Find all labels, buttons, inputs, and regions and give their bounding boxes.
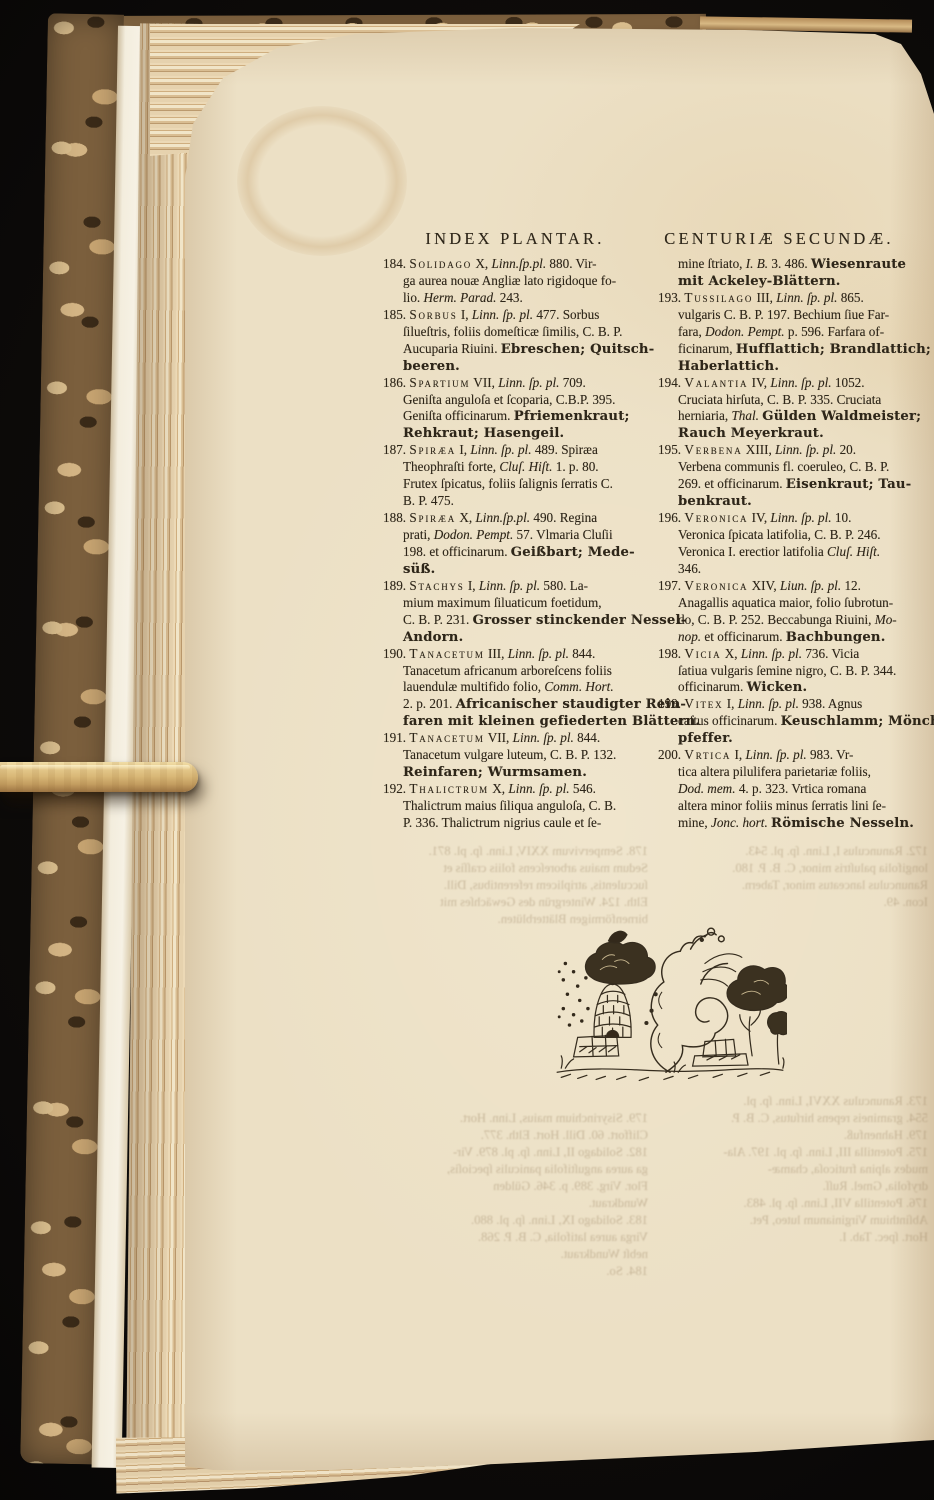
index-entry-line: mium maximum ſiluaticum foetidum,	[403, 595, 659, 612]
index-entry-line: mine, Jonc. hort. Römische Nesseln.	[678, 815, 924, 832]
open-page: 178. Sempervivum XXIV, Linn. ſp. pl. 871…	[185, 28, 934, 1470]
index-entry-line: 346.	[678, 561, 924, 578]
index-entry-line: 187. Spiræa I, Linn. ſp. pl. 489. Spiræa	[383, 442, 659, 459]
index-entry-line: ga aurea nouæ Angliæ lato rigidoque fo-	[403, 273, 659, 290]
index-entry-line: ſilueſtris, foliis domeſticæ ſimilis, C.…	[403, 324, 659, 341]
index-entry-line: Frutex ſpicatus, foliis ſalignis ſerrati…	[403, 476, 659, 493]
ghost-text-block: 178. Sempervivum XXIV, Linn. ſp. pl. 871…	[380, 843, 648, 928]
index-entry: 187. Spiræa I, Linn. ſp. pl. 489. Spiræa…	[383, 442, 659, 510]
index-entry-line: 198. Vicia X, Linn. ſp. pl. 736. Vicia	[658, 646, 924, 663]
index-entry: 197. Veronica XIV, Liun. ſp. pl. 12.Anag…	[658, 578, 924, 646]
index-entry: 189. Stachys I, Linn. ſp. pl. 580. La-mi…	[383, 578, 659, 646]
index-entry-line: Verbena communis fl. coeruleo, C. B. P.	[678, 459, 924, 476]
foxing-stain-ring	[237, 106, 407, 256]
index-entry-line: altera minor foliis minus ſerratis lini …	[678, 798, 924, 815]
index-entry: 194. Valantia IV, Linn. ſp. pl. 1052.Cru…	[658, 375, 924, 443]
index-entry-line: lauendulæ multifido folio, Comm. Hort.	[403, 679, 659, 696]
index-entry-line: 190. Tanacetum III, Linn. ſp. pl. 844.	[383, 646, 659, 663]
index-entry-line: do, C. B. P. 252. Beccabunga Riuini, Mo-	[678, 612, 924, 629]
index-entry-line: fara, Dodon. Pempt. p. 596. Farfara of-	[678, 324, 924, 341]
index-entry-line: 189. Stachys I, Linn. ſp. pl. 580. La-	[383, 578, 659, 595]
wooden-page-holder-stick	[0, 762, 198, 792]
index-entry-line: 193. Tussilago III, Linn. ſp. pl. 865.	[658, 290, 924, 307]
index-entry-line: ſatiua vulgaris ſemine nigro, C. B. P. 3…	[678, 663, 924, 680]
index-entry-line: 192. Thalictrum X, Linn. ſp. pl. 546.	[383, 781, 659, 798]
index-entry-line: beeren.	[403, 358, 659, 375]
index-entry: 184. Solidago X, Linn.ſp.pl. 880. Vir-ga…	[383, 256, 659, 307]
index-entry: 191. Tanacetum VII, Linn. ſp. pl. 844.Ta…	[383, 730, 659, 781]
index-entry-line: Aucuparia Riuini. Ebreschen; Quitsch-	[403, 341, 659, 358]
index-entry-line: 269. et officinarum. Eisenkraut; Tau-	[678, 476, 924, 493]
index-entry-line: mit Ackeley-Blättern.	[678, 273, 924, 290]
index-entry-line: 196. Veronica IV, Linn. ſp. pl. 10.	[658, 510, 924, 527]
index-entry-line: Veronica I. erectior latifolia Cluſ. Hiſ…	[678, 544, 924, 561]
index-entry: 198. Vicia X, Linn. ſp. pl. 736. Viciaſa…	[658, 646, 924, 697]
vignette-engraving	[551, 918, 787, 1088]
index-entry-line: lio. Herm. Parad. 243.	[403, 290, 659, 307]
index-entry-line: 188. Spiræa X, Linn.ſp.pl. 490. Regina	[383, 510, 659, 527]
index-entry-line: Veronica ſpicata latifolia, C. B. P. 246…	[678, 527, 924, 544]
index-entry-line: 184. Solidago X, Linn.ſp.pl. 880. Vir-	[383, 256, 659, 273]
index-entry: 188. Spiræa X, Linn.ſp.pl. 490. Reginapr…	[383, 510, 659, 578]
index-entry-line: caſtus officinarum. Keuschlamm; Mönchs-	[678, 713, 924, 730]
index-entry-line: 200. Vrtica I, Linn. ſp. pl. 983. Vr-	[658, 747, 924, 764]
index-entry-line: prati, Dodon. Pempt. 57. Vlmaria Cluſii	[403, 527, 659, 544]
index-entry-line: Thalictrum maius ſiliqua anguloſa, C. B.	[403, 798, 659, 815]
index-entry-line: 199. Vitex I, Linn. ſp. pl. 938. Agnus	[658, 696, 924, 713]
index-entry-line: Rehkraut; Hasengeil.	[403, 425, 659, 442]
index-entry-line: Reinfaren; Wurmsamen.	[403, 764, 659, 781]
index-entry-line: Geniſta officinarum. Pfriemenkraut;	[403, 408, 659, 425]
index-entry-line: mine ſtriato, I. B. 3. 486. Wiesenraute	[678, 256, 924, 273]
index-entry-line: Geniſta anguloſa et ſcoparia, C.B.P. 395…	[403, 392, 659, 409]
index-entry: 185. Sorbus I, Linn. ſp. pl. 477. Sorbus…	[383, 307, 659, 375]
index-entry-line: 198. et officinarum. Geißbart; Mede-	[403, 544, 659, 561]
index-entry-line: 195. Verbena XIII, Linn. ſp. pl. 20.	[658, 442, 924, 459]
index-entry: 190. Tanacetum III, Linn. ſp. pl. 844.Ta…	[383, 646, 659, 731]
index-entry-line: Anagallis aquatica maior, folio ſubrotun…	[678, 595, 924, 612]
index-entry-line: süß.	[403, 561, 659, 578]
index-entry-line: 185. Sorbus I, Linn. ſp. pl. 477. Sorbus	[383, 307, 659, 324]
index-entry-line: 194. Valantia IV, Linn. ſp. pl. 1052.	[658, 375, 924, 392]
index-entry-line: Tanacetum vulgare luteum, C. B. P. 132.	[403, 747, 659, 764]
index-entry-line: 197. Veronica XIV, Liun. ſp. pl. 12.	[658, 578, 924, 595]
index-entry: 196. Veronica IV, Linn. ſp. pl. 10.Veron…	[658, 510, 924, 578]
index-entry-line: herniaria, Thal. Gülden Waldmeister;	[678, 408, 924, 425]
index-entry-line: Tanacetum africanum arboreſcens foliis	[403, 663, 659, 680]
running-header-left: INDEX PLANTAR.	[425, 229, 604, 249]
index-entry: 195. Verbena XIII, Linn. ſp. pl. 20.Verb…	[658, 442, 924, 510]
running-header-right: CENTURIÆ SECUNDÆ.	[664, 229, 894, 249]
index-entry-line: Dod. mem. 4. p. 323. Vrtica romana	[678, 781, 924, 798]
index-entry: 186. Spartium VII, Linn. ſp. pl. 709.Gen…	[383, 375, 659, 443]
index-entry-line: Andorn.	[403, 629, 659, 646]
index-entry-line: faren mit kleinen gefiederten Blättern.	[403, 713, 659, 730]
index-entry-line: 191. Tanacetum VII, Linn. ſp. pl. 844.	[383, 730, 659, 747]
index-entry-line: vulgaris C. B. P. 197. Bechium ſiue Far-	[678, 307, 924, 324]
index-entry: 199. Vitex I, Linn. ſp. pl. 938. Agnusca…	[658, 696, 924, 747]
index-entry-line: nop. et officinarum. Bachbungen.	[678, 629, 924, 646]
index-column-right: mine ſtriato, I. B. 3. 486. Wiesenrautem…	[658, 256, 924, 832]
ghost-text-block: 172. Ranunculus I, Linn. ſp. pl. 543.lon…	[660, 843, 928, 911]
index-entry-line: tica altera pilulifera parietariæ foliis…	[678, 764, 924, 781]
index-entry-line: 2. p. 201. Africanischer staudigter Rein…	[403, 696, 659, 713]
index-entry-line: Rauch Meyerkraut.	[678, 425, 924, 442]
index-entry: 192. Thalictrum X, Linn. ſp. pl. 546.Tha…	[383, 781, 659, 832]
index-column-left: 184. Solidago X, Linn.ſp.pl. 880. Vir-ga…	[383, 256, 659, 832]
index-entry-line: officinarum. Wicken.	[678, 679, 924, 696]
index-entry-line: benkraut.	[678, 493, 924, 510]
index-entry: 193. Tussilago III, Linn. ſp. pl. 865.vu…	[658, 290, 924, 375]
index-entry: mine ſtriato, I. B. 3. 486. Wiesenrautem…	[658, 256, 924, 290]
ghost-text-block: 173. Ranunculus XXVI, Linn. ſp. pl.554. …	[660, 1093, 928, 1246]
index-entry-line: 186. Spartium VII, Linn. ſp. pl. 709.	[383, 375, 659, 392]
index-entry-line: Theophraſti forte, Cluſ. Hiſt. 1. p. 80.	[403, 459, 659, 476]
index-entry-line: pfeffer.	[678, 730, 924, 747]
book-photo-scene: 178. Sempervivum XXIV, Linn. ſp. pl. 871…	[0, 0, 934, 1500]
index-entry-line: Haberlattich.	[678, 358, 924, 375]
index-entry-line: Cruciata hirſuta, C. B. P. 335. Cruciata	[678, 392, 924, 409]
index-entry-line: P. 336. Thalictrum nigrius caule et ſe-	[403, 815, 659, 832]
index-entry-line: ficinarum, Hufflattich; Brandlattich;	[678, 341, 924, 358]
index-entry-line: C. B. P. 231. Grosser stinckender Nessel…	[403, 612, 659, 629]
index-entry-line: B. P. 475.	[403, 493, 659, 510]
index-entry: 200. Vrtica I, Linn. ſp. pl. 983. Vr-tic…	[658, 747, 924, 832]
ghost-text-block: 179. Sisyrinchium maius, Linn. Hort.Clif…	[380, 1110, 648, 1280]
